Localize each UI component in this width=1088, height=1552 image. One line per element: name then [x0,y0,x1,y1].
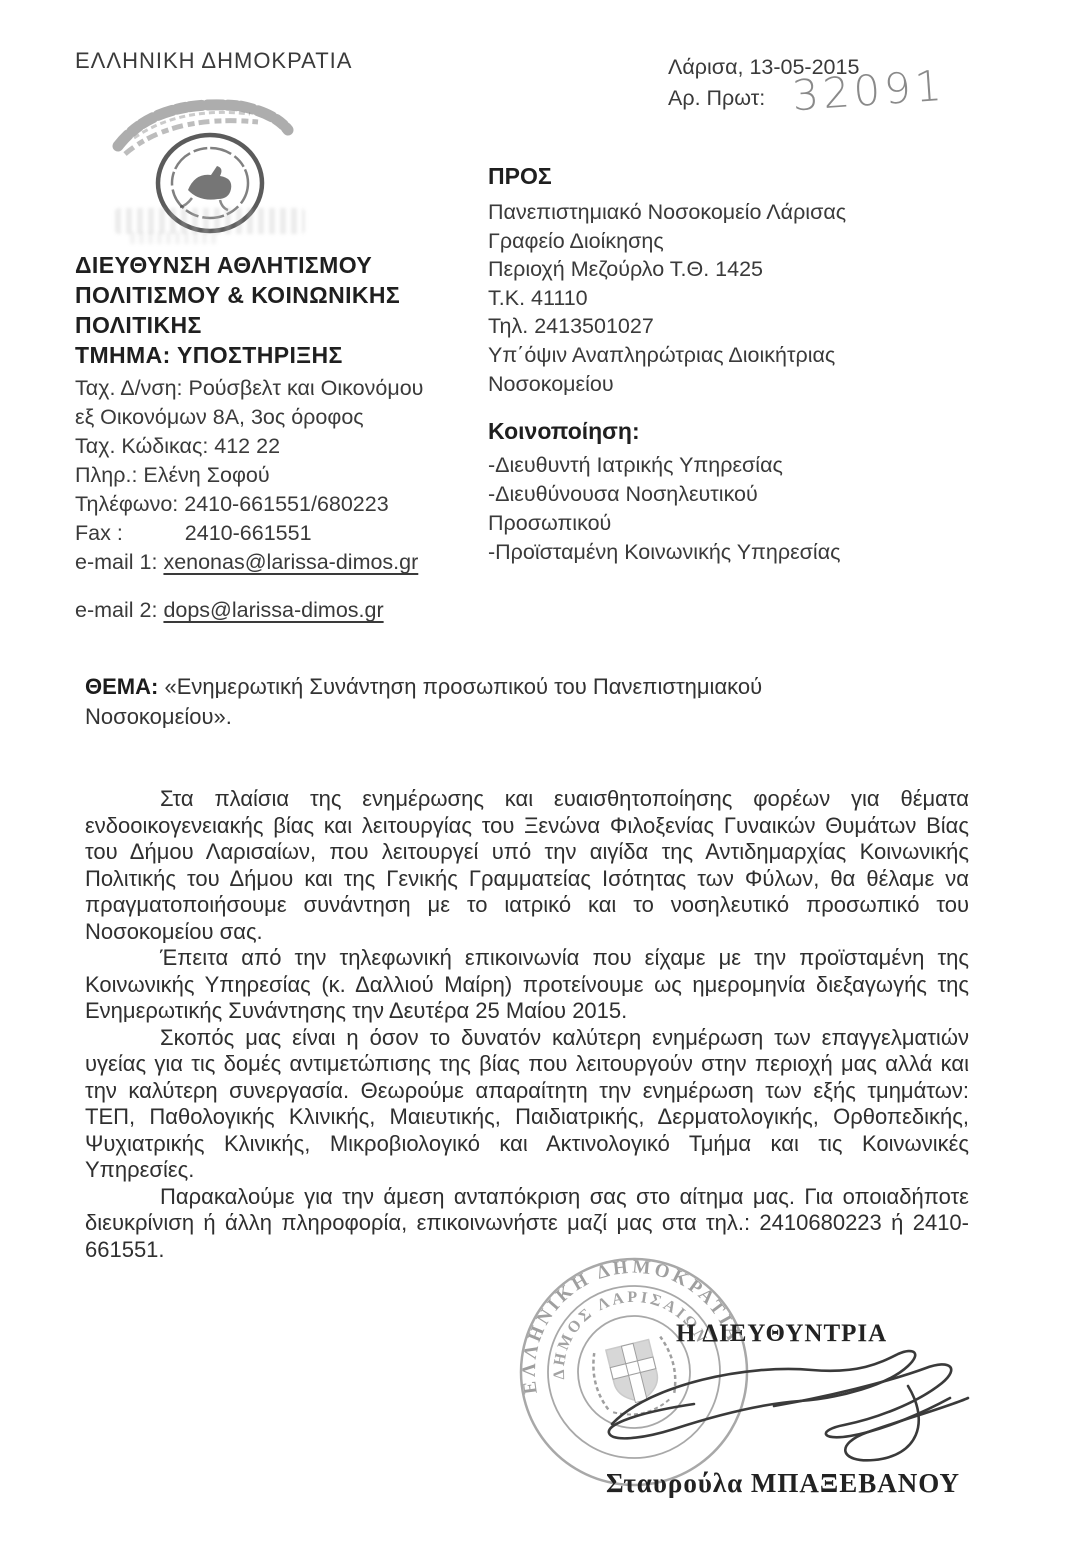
protocol-label: Αρ. Πρωτ: [668,86,765,111]
directorate-line-3: ΠΟΛΙΤΙΚΗΣ [75,310,505,340]
stamp-smudge-2 [130,232,220,244]
postal-address-line-2: εξ Οικονόμων 8Α, 3ος όροφος [75,403,505,432]
phone-line: Τηλέφωνο: 2410-661551/680223 [75,490,505,519]
letter-body: Στα πλαίσια της ενημέρωσης και ευαισθητο… [85,786,969,1263]
body-paragraph: Σκοπός μας είναι η όσον το δυνατόν καλύτ… [85,1025,969,1184]
republic-title: ΕΛΛΗΝΙΚΗ ΔΗΜΟΚΡΑΤΙΑ [75,48,352,74]
cc-line: -Προϊσταμένη Κοινωνικής Υπηρεσίας [488,538,948,567]
cc-line: Προσωπικού [488,509,948,538]
signature-scribble [598,1340,978,1475]
body-paragraph: Στα πλαίσια της ενημέρωσης και ευαισθητο… [85,786,969,945]
subject-block: ΘΕΜΑ: «Ενημερωτική Συνάντηση προσωπικού … [85,672,845,732]
email2-line: e-mail 2: dops@larissa-dimos.gr [75,596,505,625]
recipient-line: Τηλ. 2413501027 [488,312,948,341]
recipient-line: Νοσοκομείου [488,370,948,399]
contact-person-line: Πληρ.: Ελένη Σοφού [75,461,505,490]
to-label: ΠΡΟΣ [488,163,948,190]
subject-text: «Ενημερωτική Συνάντηση προσωπικού του Πα… [85,674,762,729]
cc-line: -Διευθύνουσα Νοσηλευτικού [488,480,948,509]
recipient-line: Γραφείο Διοίκησης [488,227,948,256]
cc-line: -Διευθυντή Ιατρικής Υπηρεσίας [488,451,948,480]
letter-page: ΕΛΛΗΝΙΚΗ ΔΗΜΟΚΡΑΤΙΑ Λάρισα, 13-05-2015 Α… [0,0,1088,1552]
directorate-line-2: ΠΟΛΙΤΙΣΜΟΥ & ΚΟΙΝΩΝΙΚΗΣ [75,280,505,310]
signature-name: Σταυρούλα ΜΠΑΞΕΒΑΝΟΥ [606,1468,960,1499]
cc-label: Κοινοποίηση: [488,418,948,445]
stamp-smudge [115,208,305,234]
postal-address-line-1: Ταχ. Δ/νση: Ρούσβελτ και Οικονόμου [75,374,505,403]
sender-block: ΔΙΕΥΘΥΝΣΗ ΑΘΛΗΤΙΣΜΟΥ ΠΟΛΙΤΙΣΜΟΥ & ΚΟΙΝΩΝ… [75,250,505,625]
department-line: ΤΜΗΜΑ: ΥΠΟΣΤΗΡΙΞΗΣ [75,340,505,370]
protocol-number-handwritten: 32091 [790,61,947,121]
email1-link[interactable]: xenonas@larissa-dimos.gr [163,550,418,574]
cc-block: Κοινοποίηση: -Διευθυντή Ιατρικής Υπηρεσί… [488,418,948,567]
body-paragraph: Έπειτα από την τηλεφωνική επικοινωνία πο… [85,945,969,1025]
email2-label: e-mail 2: [75,598,157,622]
fax-label: Fax : [75,521,123,545]
recipient-block: ΠΡΟΣ Πανεπιστημιακό Νοσοκομείο Λάρισας Γ… [488,163,948,398]
fax-line: Fax :2410-661551 [75,519,505,548]
email1-label: e-mail 1: [75,550,157,574]
recipient-line: Υπ΄όψιν Αναπληρώτριας Διοικήτριας [488,341,948,370]
directorate-line-1: ΔΙΕΥΘΥΝΣΗ ΑΘΛΗΤΙΣΜΟΥ [75,250,505,280]
fax-number: 2410-661551 [185,519,312,548]
postal-code-line: Ταχ. Κώδικας: 412 22 [75,432,505,461]
email2-link[interactable]: dops@larissa-dimos.gr [163,598,383,622]
email1-line: e-mail 1: xenonas@larissa-dimos.gr [75,548,505,577]
recipient-line: Περιοχή Μεζούρλο Τ.Θ. 1425 [488,255,948,284]
recipient-line: Τ.Κ. 41110 [488,284,948,313]
subject-label: ΘΕΜΑ: [85,674,158,699]
recipient-line: Πανεπιστημιακό Νοσοκομείο Λάρισας [488,198,948,227]
